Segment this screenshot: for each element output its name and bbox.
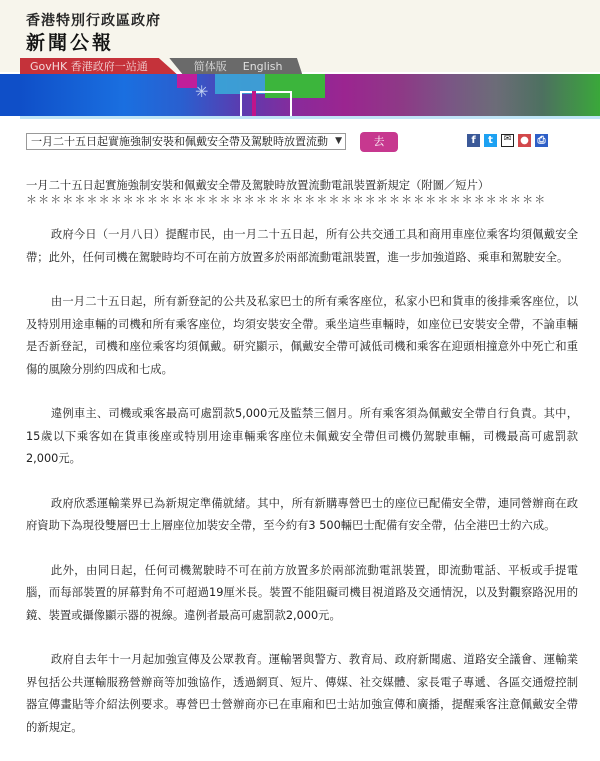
language-switcher: 简体版 English: [164, 58, 303, 75]
press-release-select[interactable]: 一月二十五日起實施強制安裝和佩戴安全帶及駕駛時放置流動 ▼: [26, 133, 346, 150]
article-title: 一月二十五日起實施強制安裝和佩戴安全帶及駕駛時放置流動電訊裝置新規定（附圖／短片…: [26, 178, 578, 193]
site-name: 新聞公報: [26, 28, 114, 55]
paragraph: 政府今日（一月八日）提醒市民，由一月二十五日起，所有公共交通工具和商用車座位乘客…: [26, 224, 578, 269]
site-header: 香港特別行政區政府 新聞公報 GovHK 香港政府一站通 简体版 English: [0, 0, 600, 72]
article-toolbar: 一月二十五日起實施強制安裝和佩戴安全帶及駕駛時放置流動 ▼ 去 f t ✉ ● …: [26, 133, 586, 153]
banner-decoration: [177, 74, 197, 88]
simplified-chinese-link[interactable]: 简体版: [194, 59, 227, 75]
org-name: 香港特別行政區政府: [26, 10, 161, 30]
english-link[interactable]: English: [243, 59, 283, 75]
go-button[interactable]: 去: [360, 132, 398, 152]
govhk-link[interactable]: GovHK 香港政府一站通: [20, 58, 178, 75]
banner-underline: [20, 116, 600, 119]
banner-decoration: [252, 91, 256, 116]
paragraph: 此外，由同日起，任何司機駕駛時不可在前方放置多於兩部流動電訊裝置，即流動電話、平…: [26, 560, 578, 628]
banner-frame: [240, 91, 292, 116]
select-value: 一月二十五日起實施強制安裝和佩戴安全帶及駕駛時放置流動: [31, 135, 328, 148]
article-body: 一月二十五日起實施強制安裝和佩戴安全帶及駕駛時放置流動電訊裝置新規定（附圖／短片…: [26, 178, 578, 639]
banner-edge: [0, 74, 20, 116]
print-icon[interactable]: ⎙: [535, 134, 548, 147]
share-icons: f t ✉ ● ⎙: [467, 134, 548, 147]
sparkle-icon: ✳: [195, 82, 208, 101]
paragraph: 違例車主、司機或乘客最高可處罰款5,000元及監禁三個月。所有乘客須為佩戴安全帶…: [26, 403, 578, 471]
top-nav: GovHK 香港政府一站通 简体版 English: [20, 58, 302, 75]
separator: ＊＊＊＊＊＊＊＊＊＊＊＊＊＊＊＊＊＊＊＊＊＊＊＊＊＊＊＊＊＊＊＊＊＊＊＊＊＊＊＊…: [26, 193, 578, 207]
facebook-icon[interactable]: f: [467, 134, 480, 147]
email-icon[interactable]: ✉: [501, 134, 514, 147]
paragraph: 由一月二十五日起，所有新登記的公共及私家巴士的所有乘客座位，私家小巴和貨車的後排…: [26, 291, 578, 381]
header-banner: ✳: [20, 74, 600, 116]
chevron-down-icon: ▼: [335, 134, 342, 149]
twitter-icon[interactable]: t: [484, 134, 497, 147]
weibo-icon[interactable]: ●: [518, 134, 531, 147]
paragraph: 政府欣悉運輸業界已為新規定準備就緒。其中，所有新購專營巴士的座位已配備安全帶，連…: [26, 493, 578, 538]
